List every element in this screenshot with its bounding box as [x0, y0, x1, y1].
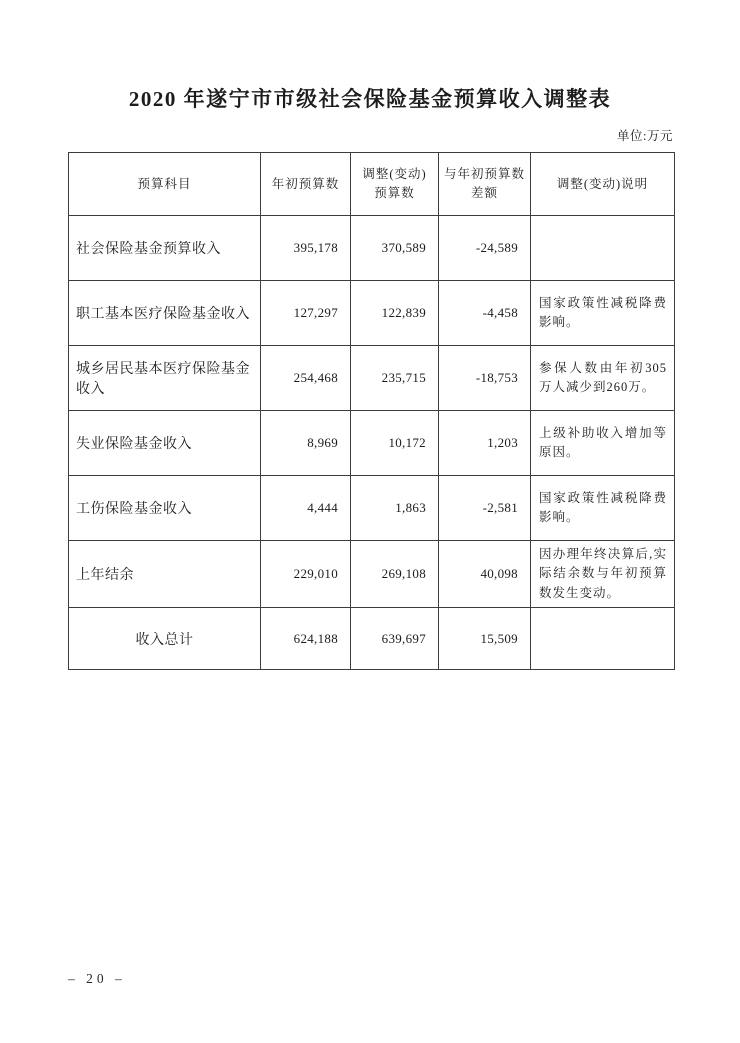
- cell-initial-budget: 4,444: [261, 476, 351, 541]
- cell-subject: 失业保险基金收入: [69, 411, 261, 476]
- cell-remark: [531, 608, 675, 670]
- cell-subject: 社会保险基金预算收入: [69, 216, 261, 281]
- header-adjusted-budget: 调整(变动) 预算数: [351, 153, 439, 216]
- cell-adjusted-budget: 639,697: [351, 608, 439, 670]
- cell-difference: -24,589: [439, 216, 531, 281]
- cell-adjusted-budget: 122,839: [351, 281, 439, 346]
- cell-difference: -4,458: [439, 281, 531, 346]
- header-initial-budget: 年初预算数: [261, 153, 351, 216]
- cell-initial-budget: 395,178: [261, 216, 351, 281]
- cell-adjusted-budget: 269,108: [351, 541, 439, 608]
- cell-remark: 上级补助收入增加等原因。: [531, 411, 675, 476]
- cell-remark: 因办理年终决算后,实际结余数与年初预算数发生变动。: [531, 541, 675, 608]
- cell-adjusted-budget: 370,589: [351, 216, 439, 281]
- document-page: 2020 年遂宁市市级社会保险基金预算收入调整表 单位:万元 预算科目 年初预算…: [0, 0, 740, 1043]
- cell-remark: 国家政策性减税降费影响。: [531, 281, 675, 346]
- cell-subject: 职工基本医疗保险基金收入: [69, 281, 261, 346]
- cell-difference: -2,581: [439, 476, 531, 541]
- cell-subject: 上年结余: [69, 541, 261, 608]
- cell-initial-budget: 8,969: [261, 411, 351, 476]
- cell-initial-budget: 624,188: [261, 608, 351, 670]
- cell-initial-budget: 229,010: [261, 541, 351, 608]
- header-difference: 与年初预算数 差额: [439, 153, 531, 216]
- cell-subject: 工伤保险基金收入: [69, 476, 261, 541]
- page-title: 2020 年遂宁市市级社会保险基金预算收入调整表: [0, 83, 740, 113]
- header-budget-subject: 预算科目: [69, 153, 261, 216]
- table-row: 上年结余 229,010 269,108 40,098 因办理年终决算后,实际结…: [69, 541, 675, 608]
- cell-adjusted-budget: 235,715: [351, 346, 439, 411]
- cell-difference: 1,203: [439, 411, 531, 476]
- cell-adjusted-budget: 1,863: [351, 476, 439, 541]
- header-remark: 调整(变动)说明: [531, 153, 675, 216]
- cell-adjusted-budget: 10,172: [351, 411, 439, 476]
- cell-subject: 城乡居民基本医疗保险基金收入: [69, 346, 261, 411]
- table-row: 失业保险基金收入 8,969 10,172 1,203 上级补助收入增加等原因。: [69, 411, 675, 476]
- page-number: – 20 –: [68, 971, 126, 987]
- cell-difference: 15,509: [439, 608, 531, 670]
- budget-adjustment-table: 预算科目 年初预算数 调整(变动) 预算数 与年初预算数 差额 调整(变动)说明…: [68, 152, 675, 670]
- table-row: 城乡居民基本医疗保险基金收入 254,468 235,715 -18,753 参…: [69, 346, 675, 411]
- table-row: 职工基本医疗保险基金收入 127,297 122,839 -4,458 国家政策…: [69, 281, 675, 346]
- cell-remark: [531, 216, 675, 281]
- unit-label: 单位:万元: [68, 126, 673, 144]
- cell-initial-budget: 127,297: [261, 281, 351, 346]
- cell-initial-budget: 254,468: [261, 346, 351, 411]
- cell-subject: 收入总计: [69, 608, 261, 670]
- cell-remark: 参保人数由年初305万人减少到260万。: [531, 346, 675, 411]
- cell-difference: 40,098: [439, 541, 531, 608]
- table-header-row: 预算科目 年初预算数 调整(变动) 预算数 与年初预算数 差额 调整(变动)说明: [69, 153, 675, 216]
- cell-remark: 国家政策性减税降费影响。: [531, 476, 675, 541]
- table-row: 社会保险基金预算收入 395,178 370,589 -24,589: [69, 216, 675, 281]
- cell-difference: -18,753: [439, 346, 531, 411]
- table-row: 工伤保险基金收入 4,444 1,863 -2,581 国家政策性减税降费影响。: [69, 476, 675, 541]
- table-row-total: 收入总计 624,188 639,697 15,509: [69, 608, 675, 670]
